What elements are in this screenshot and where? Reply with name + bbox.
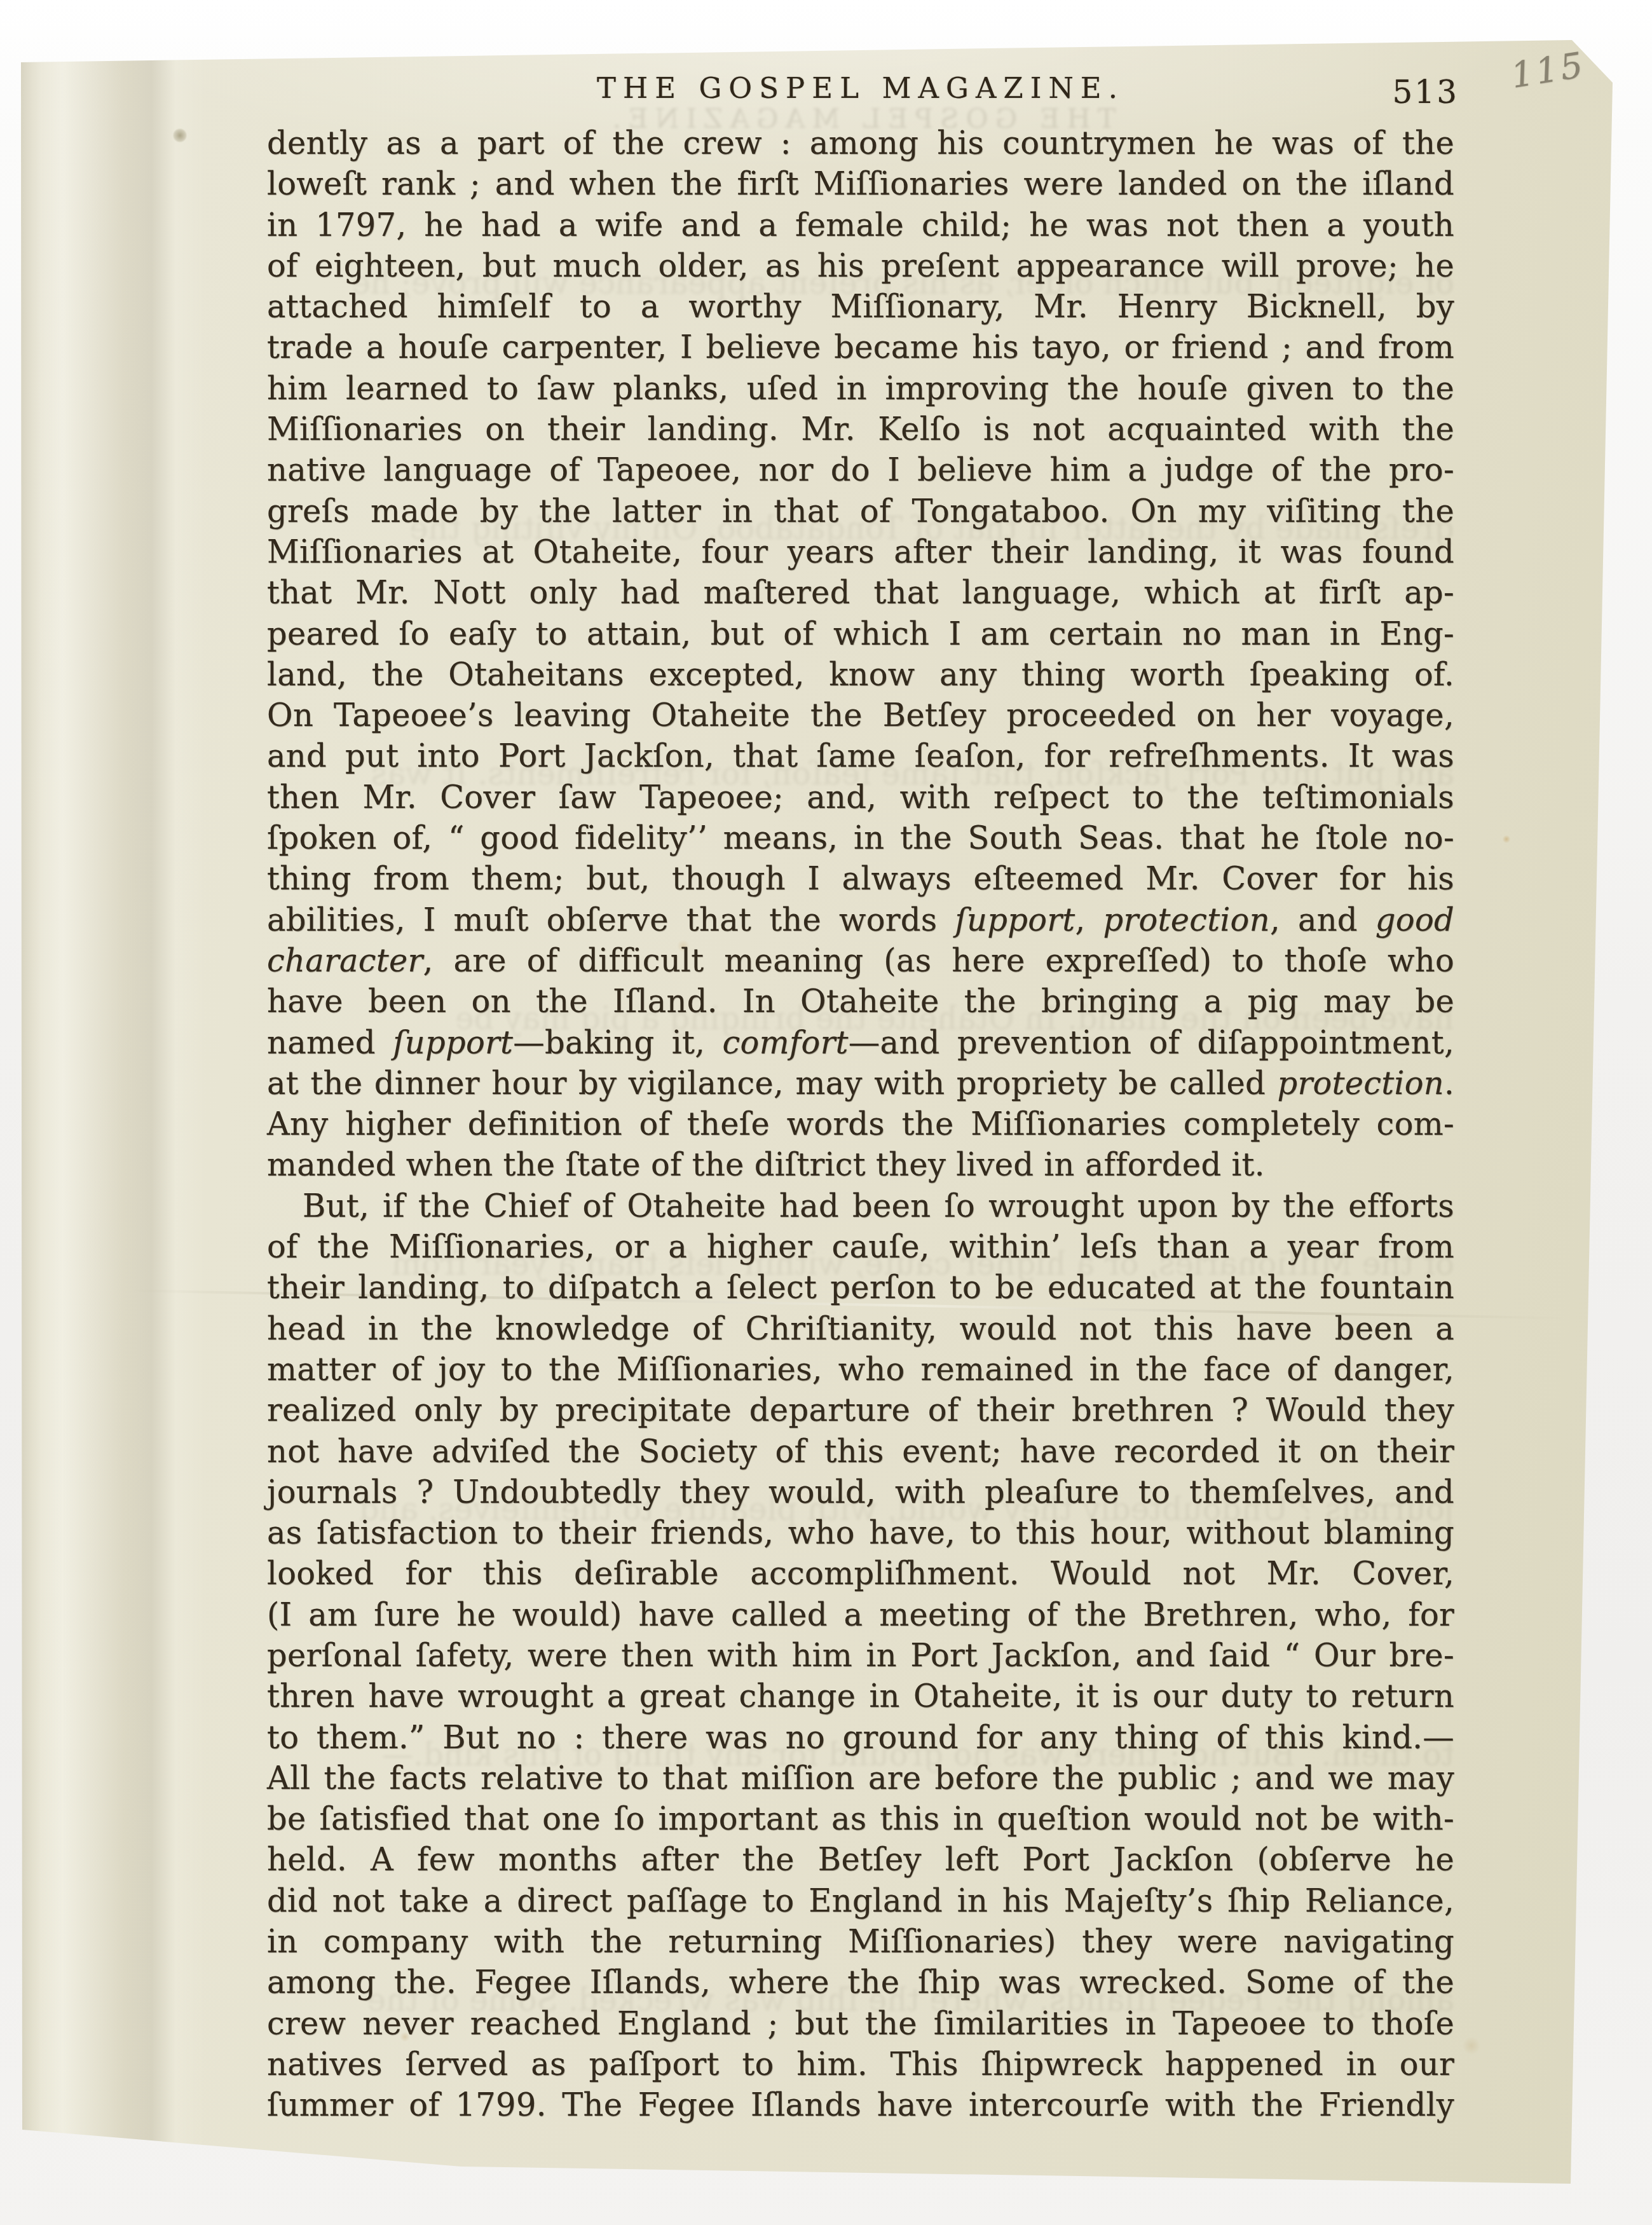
text-line: their landing, to diſpatch a ſelect perſ… bbox=[267, 1267, 1454, 1308]
text-line: Miſſionaries at Otaheite, four years aft… bbox=[267, 531, 1454, 572]
text-line: realized only by precipitate departure o… bbox=[267, 1390, 1454, 1430]
text-line: natives ſerved as paſſport to him. This … bbox=[267, 2044, 1454, 2085]
body-text: dently as a part of the crew : among his… bbox=[267, 123, 1454, 2126]
text-line: Miſſionaries on their landing. Mr. Kelſo… bbox=[267, 409, 1454, 449]
pencil-annotation: 115 bbox=[1508, 44, 1588, 96]
text-line: peared ſo eaſy to attain, but of which I… bbox=[267, 613, 1454, 654]
text-line: him learned to ſaw planks, uſed in impro… bbox=[267, 368, 1454, 409]
text-line: head in the knowledge of Chriſtianity, w… bbox=[267, 1308, 1454, 1349]
text-line: But, if the Chief of Otaheite had been ſ… bbox=[267, 1186, 1454, 1226]
text-line: thing from them; but, though I always eſ… bbox=[267, 858, 1454, 899]
text-line: On Tapeoee’s leaving Otaheite the Betſey… bbox=[267, 695, 1454, 736]
text-line: held. A few months after the Betſey left… bbox=[267, 1839, 1454, 1880]
text-line: looked for this deſirable accompliſhment… bbox=[267, 1553, 1454, 1594]
text-line: thren have wrought a great change in Ota… bbox=[267, 1676, 1454, 1716]
text-line: Any higher definition of theſe words the… bbox=[267, 1104, 1454, 1144]
text-line: be ſatisfied that one ſo important as th… bbox=[267, 1798, 1454, 1839]
text-line: have been on the Iſland. In Otaheite the… bbox=[267, 981, 1454, 1022]
page-fold-crease bbox=[35, 37, 207, 2192]
text-line: and put into Port Jackſon, that ſame ſea… bbox=[267, 736, 1454, 776]
page-left-edge-shadow bbox=[16, 37, 41, 2192]
text-line: that Mr. Nott only had maſtered that lan… bbox=[267, 572, 1454, 613]
text-line: crew never reached England ; but the ſim… bbox=[267, 2003, 1454, 2044]
running-title: THE GOSPEL MAGAZINE. bbox=[267, 71, 1454, 105]
text-line: All the facts relative to that miſſion a… bbox=[267, 1758, 1454, 1798]
text-line: in company with the returning Miſſionari… bbox=[267, 1921, 1454, 1962]
scan-canvas: { "page": { "header": { "title": "THE GO… bbox=[0, 0, 1652, 2225]
text-line: attached himſelf to a worthy Miſſionary,… bbox=[267, 286, 1454, 327]
text-line: named ſupport—baking it, comfort—and pre… bbox=[267, 1022, 1454, 1063]
text-line: land, the Otaheitans excepted, know any … bbox=[267, 654, 1454, 695]
text-line: matter of joy to the Miſſionaries, who r… bbox=[267, 1349, 1454, 1390]
text-line: trade a houſe carpenter, I believe becam… bbox=[267, 327, 1454, 367]
text-line: manded when the ſtate of the diſtrict th… bbox=[267, 1144, 1454, 1185]
magazine-page: THE GOSPEL MAGAZINE. THE GOSPEL MAGAZINE… bbox=[16, 37, 1616, 2192]
text-line: character, are of difficult meaning (as … bbox=[267, 940, 1454, 981]
text-line: abilities, I muſt obſerve that the words… bbox=[267, 900, 1454, 940]
text-line: did not take a direct paſſage to England… bbox=[267, 1880, 1454, 1921]
page-number: 513 bbox=[1325, 74, 1459, 111]
text-line: as ſatisfaction to their friends, who ha… bbox=[267, 1512, 1454, 1553]
text-line: perſonal ſafety, were then with him in P… bbox=[267, 1635, 1454, 1676]
text-line: of eighteen, but much older, as his preſ… bbox=[267, 245, 1454, 286]
text-line: greſs made by the latter in that of Tong… bbox=[267, 491, 1454, 531]
text-line: among the. Fegee Iſlands, where the ſhip… bbox=[267, 1962, 1454, 2002]
text-line: at the dinner hour by vigilance, may wit… bbox=[267, 1063, 1454, 1104]
text-line: loweſt rank ; and when the firſt Miſſion… bbox=[267, 163, 1454, 204]
text-line: to them.” But no : there was no ground f… bbox=[267, 1717, 1454, 1758]
text-line: journals ? Undoubtedly they would, with … bbox=[267, 1472, 1454, 1512]
text-line: of the Miſſionaries, or a higher cauſe, … bbox=[267, 1226, 1454, 1267]
text-line: ſummer of 1799. The Fegee Iſlands have i… bbox=[267, 2085, 1454, 2125]
text-line: ſpoken of, “ good fidelity’’ means, in t… bbox=[267, 818, 1454, 858]
text-line: dently as a part of the crew : among his… bbox=[267, 123, 1454, 163]
text-line: in 1797, he had a wife and a female chil… bbox=[267, 205, 1454, 245]
text-line: (I am ſure he would) have called a meeti… bbox=[267, 1594, 1454, 1635]
text-line: not have adviſed the Society of this eve… bbox=[267, 1431, 1454, 1472]
text-line: then Mr. Cover ſaw Tapeoee; and, with re… bbox=[267, 777, 1454, 818]
text-line: native language of Tapeoee, nor do I bel… bbox=[267, 449, 1454, 490]
